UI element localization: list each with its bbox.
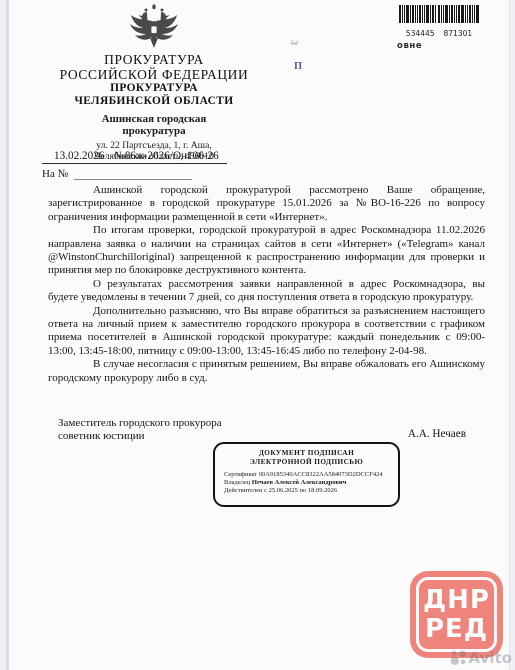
- dnr-red-logo: ДНР РЕД: [410, 571, 503, 658]
- esign-owner-line: Владелец Нечаев Алексей Александрович: [224, 479, 389, 487]
- barcode-number-right: 871301: [444, 29, 473, 38]
- stamp-fragment-text: овне: [397, 41, 422, 51]
- dnr-red-logo-line1: ДНР: [423, 586, 490, 615]
- office-name-line1: Ашинская городская: [18, 113, 290, 126]
- letterhead: ПРОКУРАТУРА РОССИЙСКОЙ ФЕДЕРАЦИИ ПРОКУРА…: [18, 4, 290, 163]
- paragraph: По итогам проверки, городской прокуратур…: [48, 224, 485, 278]
- photo-left-edge: [0, 0, 11, 670]
- signature-block: Заместитель городского прокурора советни…: [58, 417, 482, 443]
- org-name-line1: ПРОКУРАТУРА: [18, 52, 290, 67]
- avito-logo-icon: [450, 650, 467, 666]
- org-sub-line1: ПРОКУРАТУРА: [18, 82, 290, 95]
- ink-mark: П: [294, 61, 302, 72]
- org-sub-line2: ЧЕЛЯБИНСКОЙ ОБЛАСТИ: [18, 95, 290, 108]
- avito-watermark: Avito: [450, 649, 512, 667]
- dnr-red-logo-line2: РЕД: [423, 615, 490, 644]
- esign-owner-value: Нечаев Алексей Александрович: [252, 479, 346, 486]
- reply-label: На №: [42, 168, 68, 180]
- paragraph: Ашинской городской прокуратурой рассмотр…: [48, 184, 485, 224]
- barcode-number-left: 534445: [406, 29, 435, 38]
- esign-title-line2: ЭЛЕКТРОННОЙ ПОДПИСЬЮ: [215, 458, 398, 467]
- esign-certificate-value: 00A9185340ACC8322AA584073D2DCCF424: [259, 471, 383, 478]
- pencil-mark: З: [288, 40, 299, 46]
- scanned-letter-page: ПРОКУРАТУРА РОССИЙСКОЙ ФЕДЕРАЦИИ ПРОКУРА…: [0, 0, 515, 670]
- esign-validity-value: 25.06.2025 по 18.09.2026: [269, 487, 337, 494]
- paragraph: В случае несогласия с принятым решением,…: [48, 358, 485, 385]
- avito-watermark-text: Avito: [469, 649, 512, 667]
- electronic-signature-stamp: ДОКУМЕНТ ПОДПИСАН ЭЛЕКТРОННОЙ ПОДПИСЬЮ С…: [213, 442, 400, 507]
- letter-body: Ашинской городской прокуратурой рассмотр…: [48, 184, 485, 385]
- paragraph: О результатах рассмотрения заявки направ…: [48, 278, 485, 305]
- reply-reference-line: На №: [42, 167, 192, 180]
- outgoing-reference-line: 13.02.2026 №86ж-2026/Он106-26: [42, 150, 227, 164]
- coat-of-arms-emblem: [127, 4, 181, 50]
- reply-blank-rule: [74, 167, 192, 180]
- barcode-bars-icon: [399, 5, 479, 23]
- signer-name: А.А. Нечаев: [408, 428, 466, 440]
- photo-right-edge: [506, 0, 515, 670]
- org-name-line2: РОССИЙСКОЙ ФЕДЕРАЦИИ: [18, 67, 290, 82]
- esign-validity-line: Действителен с 25.06.2025 по 18.09.2026: [224, 487, 389, 495]
- paragraph: Дополнительно разъясняю, что Вы вправе о…: [48, 305, 485, 359]
- registration-barcode: 534445 871301: [396, 5, 482, 38]
- esign-certificate-line: Сертификат 00A9185340ACC8322AA584073D2DC…: [224, 471, 389, 479]
- letter-date: 13.02.2026: [54, 150, 104, 162]
- office-name-line2: прокуратура: [18, 125, 290, 138]
- letter-number: №86ж-2026/Он106-26: [114, 150, 219, 162]
